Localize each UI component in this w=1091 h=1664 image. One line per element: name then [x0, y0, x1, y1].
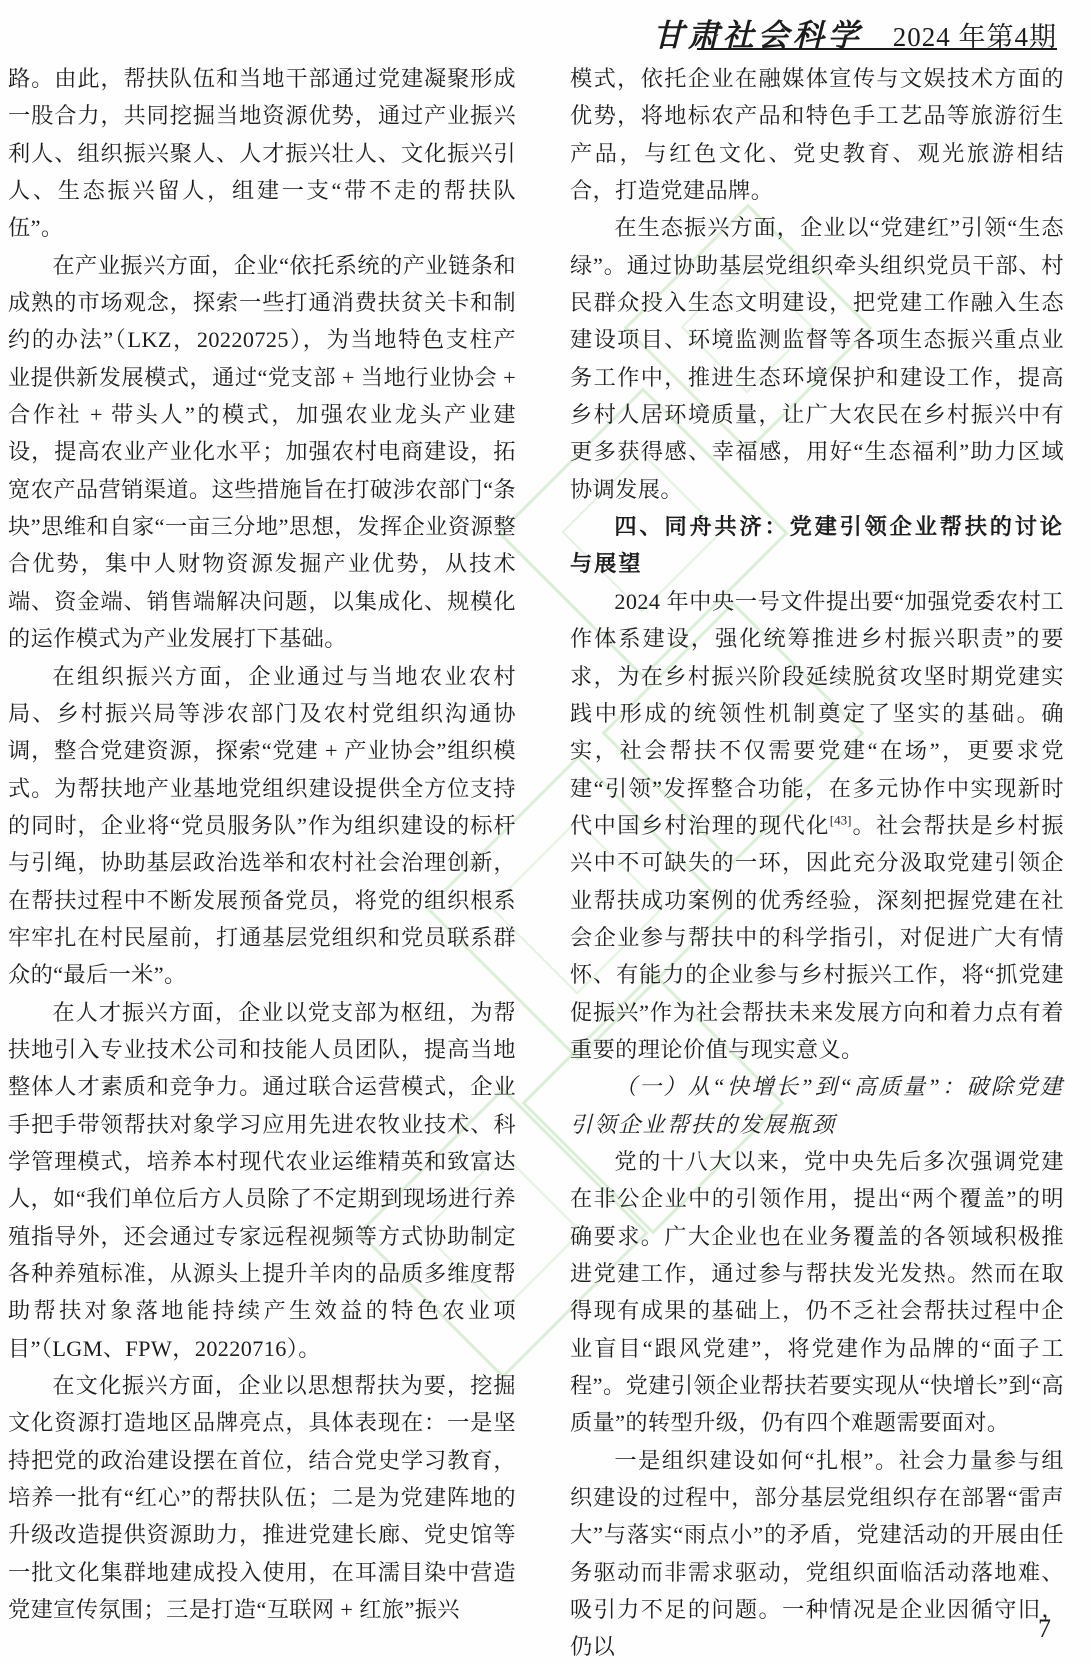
page-number: 7 [1038, 1614, 1051, 1644]
paragraph: 在生态振兴方面，企业以“党建红”引领“生态绿”。通过协助基层党组织牵头组织党员干… [570, 209, 1064, 508]
header-rule [697, 48, 1057, 50]
paragraph: 一是组织建设如何“扎根”。社会力量参与组织建设的过程中，部分基层党组织存在部署“… [570, 1442, 1064, 1664]
paragraph: 路。由此，帮扶队伍和当地干部通过党建凝聚形成一股合力，共同挖掘当地资源优势，通过… [8, 60, 516, 247]
paragraph: 在人才振兴方面，企业以党支部为枢纽，为帮扶地引入专业技术公司和技能人员团队，提高… [8, 994, 516, 1367]
paragraph: 在组织振兴方面，企业通过与当地农业农村局、乡村振兴局等涉农部门及农村党组织沟通协… [8, 658, 516, 994]
paragraph: 在产业振兴方面，企业“依托系统的产业链条和成熟的市场观念，探索一些打通消费扶贫关… [8, 247, 516, 658]
citation-superscript: [43] [830, 812, 852, 827]
left-column: 路。由此，帮扶队伍和当地干部通过党建凝聚形成一股合力，共同挖掘当地资源优势，通过… [8, 60, 516, 1628]
journal-page: 甘肃社会科学 2024 年第4期 路。由此，帮扶队伍和当地干部通过党建凝聚形成一… [0, 0, 1091, 1664]
paragraph: 党的十八大以来，党中央先后多次强调党建在非公企业中的引领作用，提出“两个覆盖”的… [570, 1143, 1064, 1442]
paragraph: 在文化振兴方面，企业以思想帮扶为要，挖掘文化资源打造地区品牌亮点，具体表现在：一… [8, 1367, 516, 1628]
section-heading: 四、同舟共济：党建引领企业帮扶的讨论与展望 [570, 508, 1064, 583]
paragraph-text: 。社会帮扶是乡村振兴中不可缺失的一环，因此充分汲取党建引领企业帮扶成功案例的优秀… [570, 813, 1064, 1062]
paragraph-text: 2024 年中央一号文件提出要“加强党委农村工作体系建设，强化统筹推进乡村振兴职… [570, 589, 1064, 838]
right-column: 模式，依托企业在融媒体宣传与文娱技术方面的优势，将地标农产品和特色手工艺品等旅游… [570, 60, 1064, 1664]
paragraph: 模式，依托企业在融媒体宣传与文娱技术方面的优势，将地标农产品和特色手工艺品等旅游… [570, 60, 1064, 209]
paragraph: 2024 年中央一号文件提出要“加强党委农村工作体系建设，强化统筹推进乡村振兴职… [570, 583, 1064, 1068]
sub-heading: （一）从“快增长”到“高质量”：破除党建引领企业帮扶的发展瓶颈 [570, 1068, 1064, 1143]
